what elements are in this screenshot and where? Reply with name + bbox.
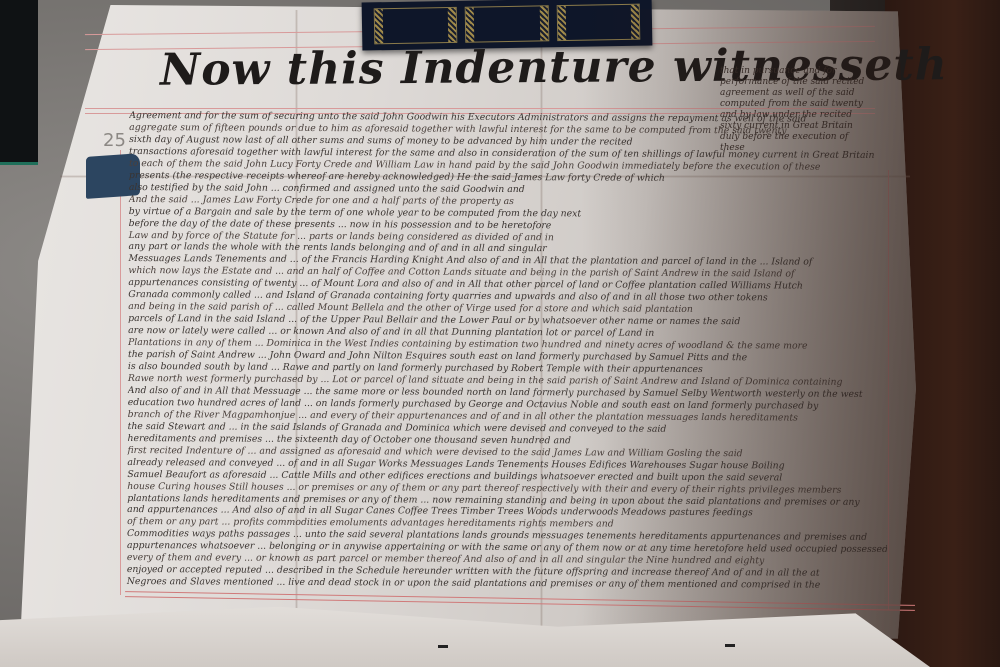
book-gilt-panel [556,4,640,41]
document-body: Agreement and for the sum of securing un… [127,110,889,592]
binding-mark [438,645,448,648]
red-margin-line-left [120,150,121,595]
side-note-line: performance of the said recited [720,77,870,88]
book-gilt-panel [374,7,458,44]
side-note-line: that in pursuance and for [720,66,870,77]
side-note-line: computed from the said twenty [720,99,870,110]
binding-mark [725,644,735,647]
dark-book-left [0,0,38,165]
page-number: 25 [103,130,126,151]
side-note-line: agreement as well of the said [720,88,870,99]
book-gilt-panel [465,5,549,42]
